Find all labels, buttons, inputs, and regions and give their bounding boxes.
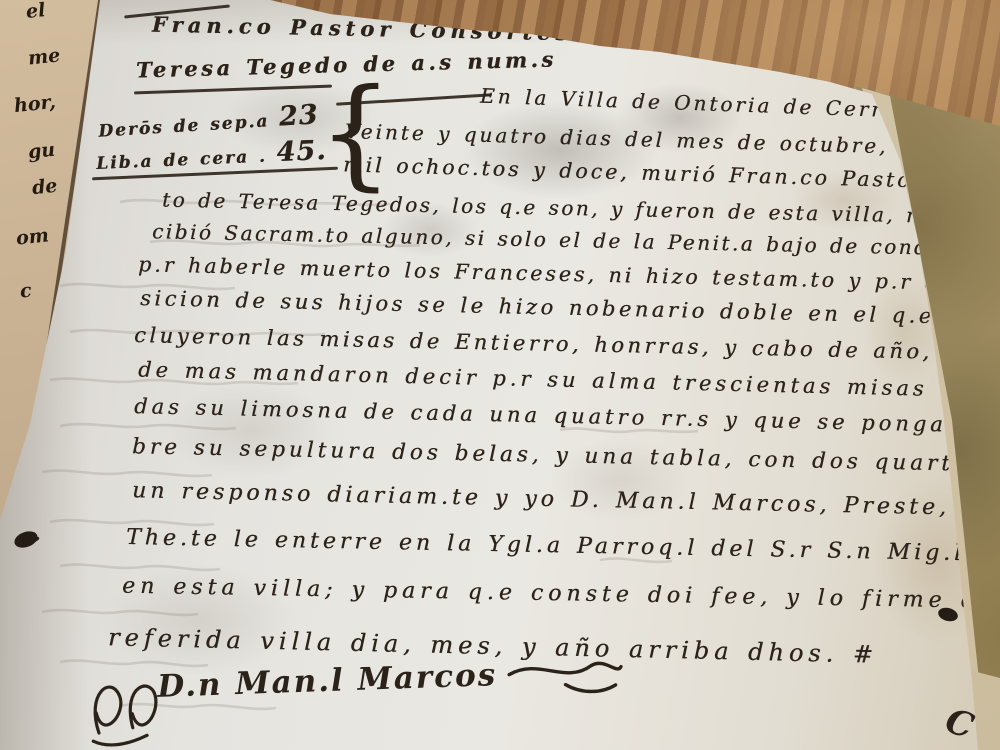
margin-fee-row1-label: Derōs de sep.a xyxy=(98,111,270,141)
signature-name: D.n Man.l Marcos xyxy=(157,657,498,705)
signature-rubric xyxy=(505,653,627,703)
left-page-text-fragment: c xyxy=(19,279,33,302)
priest-signature: D.n Man.l Marcos xyxy=(83,653,627,750)
body-line: un responso diariam.te y yo D. Man.l Mar… xyxy=(132,478,1000,522)
left-page-text-fragment: gu xyxy=(27,139,56,164)
left-page-text-fragment: hor, xyxy=(13,91,57,117)
body-line: das su limosna de cada una quatro rr.s y… xyxy=(134,394,1000,438)
left-page-text-fragment: me xyxy=(27,44,61,69)
left-page-text-fragment: el xyxy=(25,0,47,23)
left-page-text-fragment: de xyxy=(31,175,59,200)
left-page-text-fragment: om xyxy=(15,224,50,249)
manuscript-photo: el me hor, gu de om c xyxy=(0,0,1000,750)
manuscript-page-97: 97. Fran.co Pastor Consortes Teresa Tege… xyxy=(0,0,1000,750)
margin-fee-row1-value: 23 xyxy=(278,99,319,132)
body-line: The.te le enterre en la Ygl.a Parroq.l d… xyxy=(126,525,1000,568)
signature-flourish xyxy=(83,669,160,750)
body-line: cluyeron las misas de Entierro, honrras,… xyxy=(134,323,989,365)
header-underline xyxy=(134,85,332,94)
ink-blot xyxy=(12,528,40,550)
body-line: bre su sepultura dos belas, y una tabla,… xyxy=(132,434,1000,479)
body-line: de mas mandaron decir p.r su alma tresci… xyxy=(138,357,1000,402)
corner-text-fragment: C xyxy=(940,701,978,747)
body-line: en esta villa; y para q.e conste doi fee… xyxy=(122,574,1000,616)
